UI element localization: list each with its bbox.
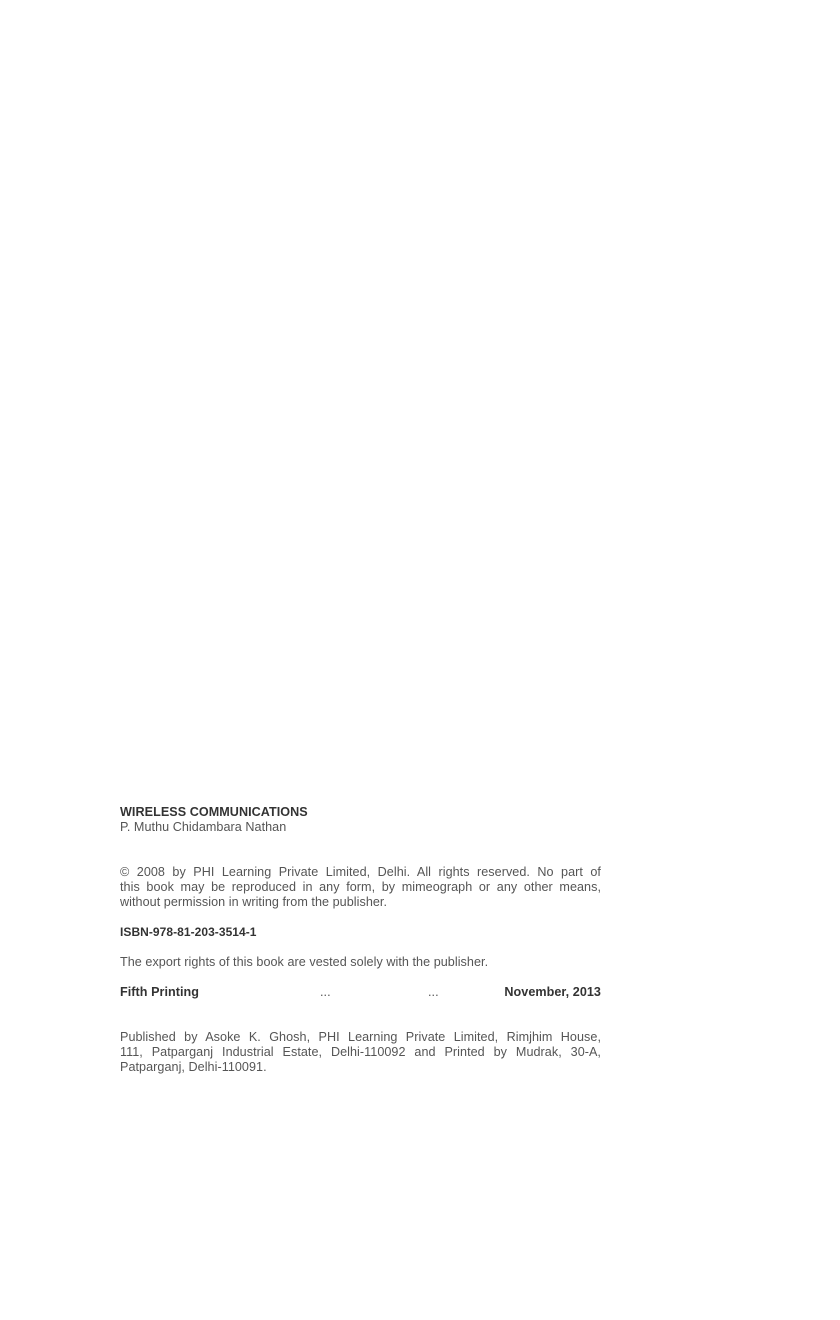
- copyright-page: WIRELESS COMMUNICATIONS P. Muthu Chidamb…: [0, 0, 840, 1320]
- copyright-line: without permission in writing from the p…: [120, 895, 601, 910]
- printing-separator: ...: [320, 985, 331, 1000]
- publisher-line: 111, Patparganj Industrial Estate, Delhi…: [120, 1045, 601, 1060]
- printing-date: November, 2013: [504, 985, 601, 1000]
- publisher-line: Published by Asoke K. Ghosh, PHI Learnin…: [120, 1030, 601, 1045]
- printing-separator: ...: [428, 985, 439, 1000]
- book-author: P. Muthu Chidambara Nathan: [120, 820, 601, 835]
- export-rights-notice: The export rights of this book are veste…: [120, 955, 601, 970]
- printing-info: Fifth Printing ... ... November, 2013: [120, 985, 601, 1000]
- copyright-notice: © 2008 by PHI Learning Private Limited, …: [120, 865, 601, 910]
- isbn: ISBN-978-81-203-3514-1: [120, 925, 601, 940]
- book-title: WIRELESS COMMUNICATIONS: [120, 805, 601, 820]
- copyright-line: this book may be reproduced in any form,…: [120, 880, 601, 895]
- printing-label: Fifth Printing: [120, 985, 199, 1000]
- copyright-line: © 2008 by PHI Learning Private Limited, …: [120, 865, 601, 880]
- publisher-line: Patparganj, Delhi-110091.: [120, 1060, 601, 1075]
- publisher-note: Published by Asoke K. Ghosh, PHI Learnin…: [120, 1030, 601, 1075]
